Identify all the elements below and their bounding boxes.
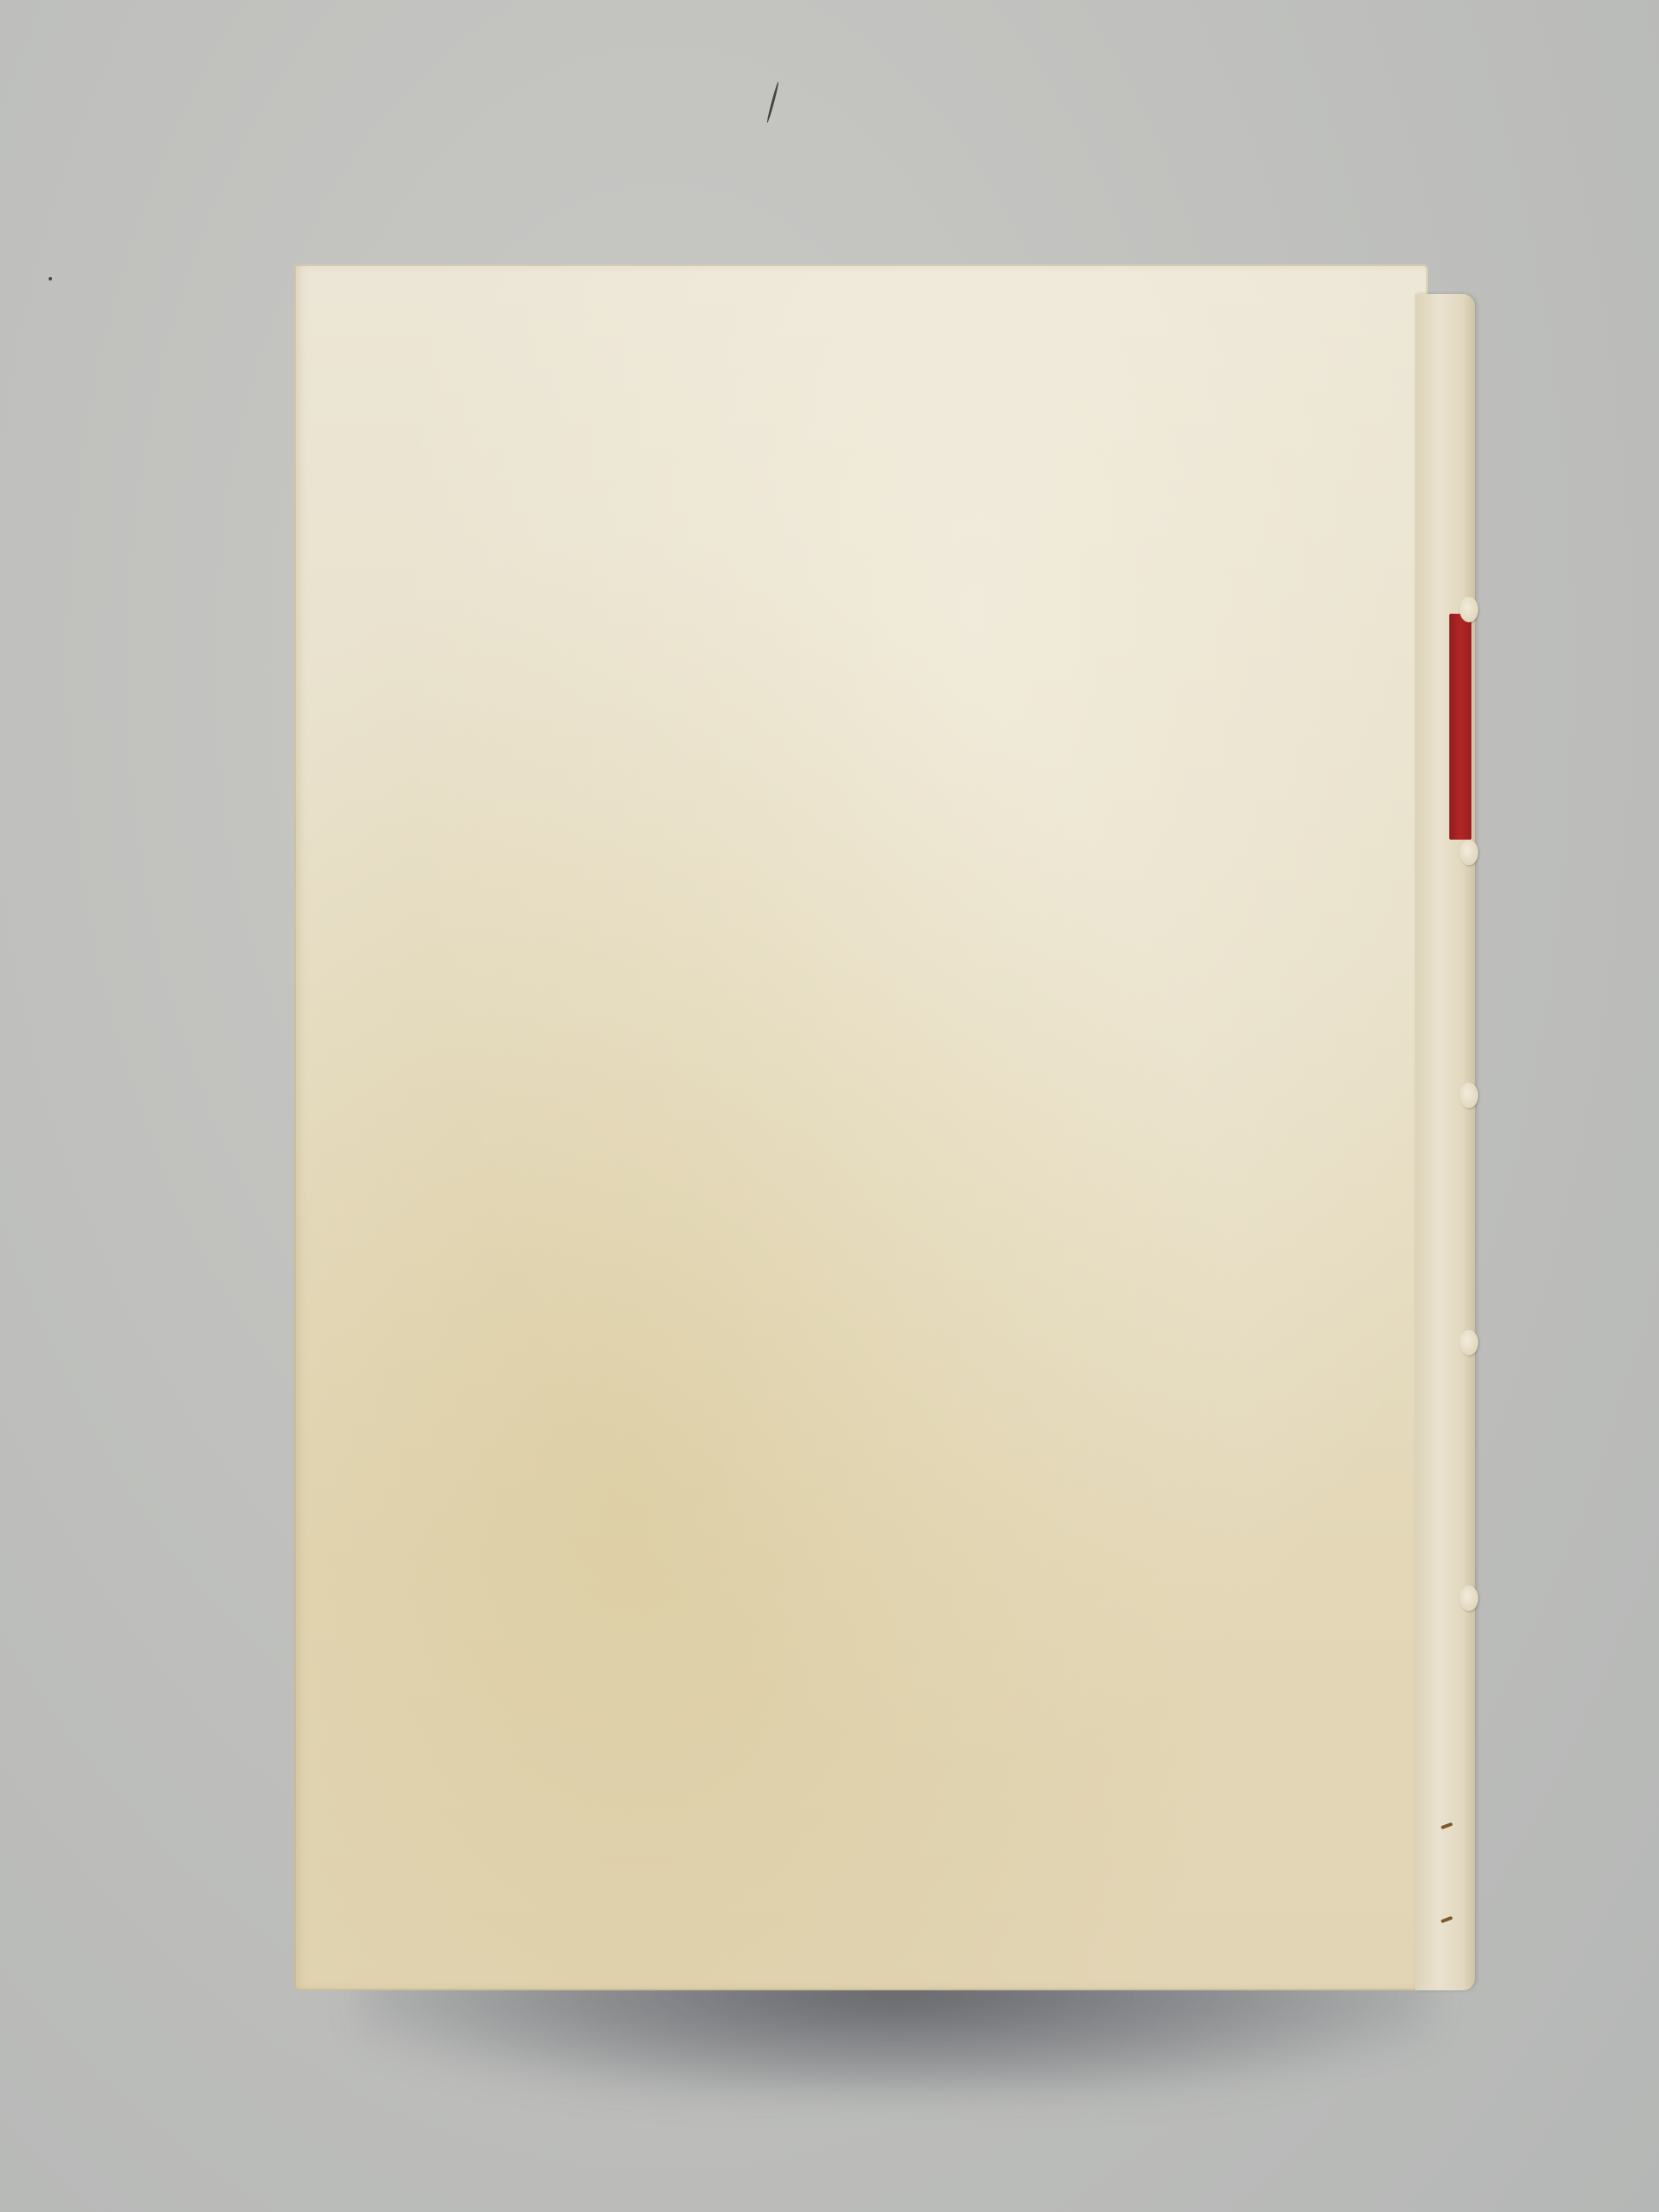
spine-label — [1449, 614, 1471, 840]
scratch-mark — [766, 81, 780, 123]
spine-band — [1460, 840, 1478, 865]
spine-band — [1460, 1083, 1478, 1108]
book-cover — [294, 264, 1428, 1990]
spine-band — [1460, 597, 1478, 622]
spine-band — [1460, 1330, 1478, 1355]
dust-speck — [49, 277, 52, 280]
book-spine — [1415, 294, 1475, 1990]
spine-band — [1460, 1585, 1478, 1611]
